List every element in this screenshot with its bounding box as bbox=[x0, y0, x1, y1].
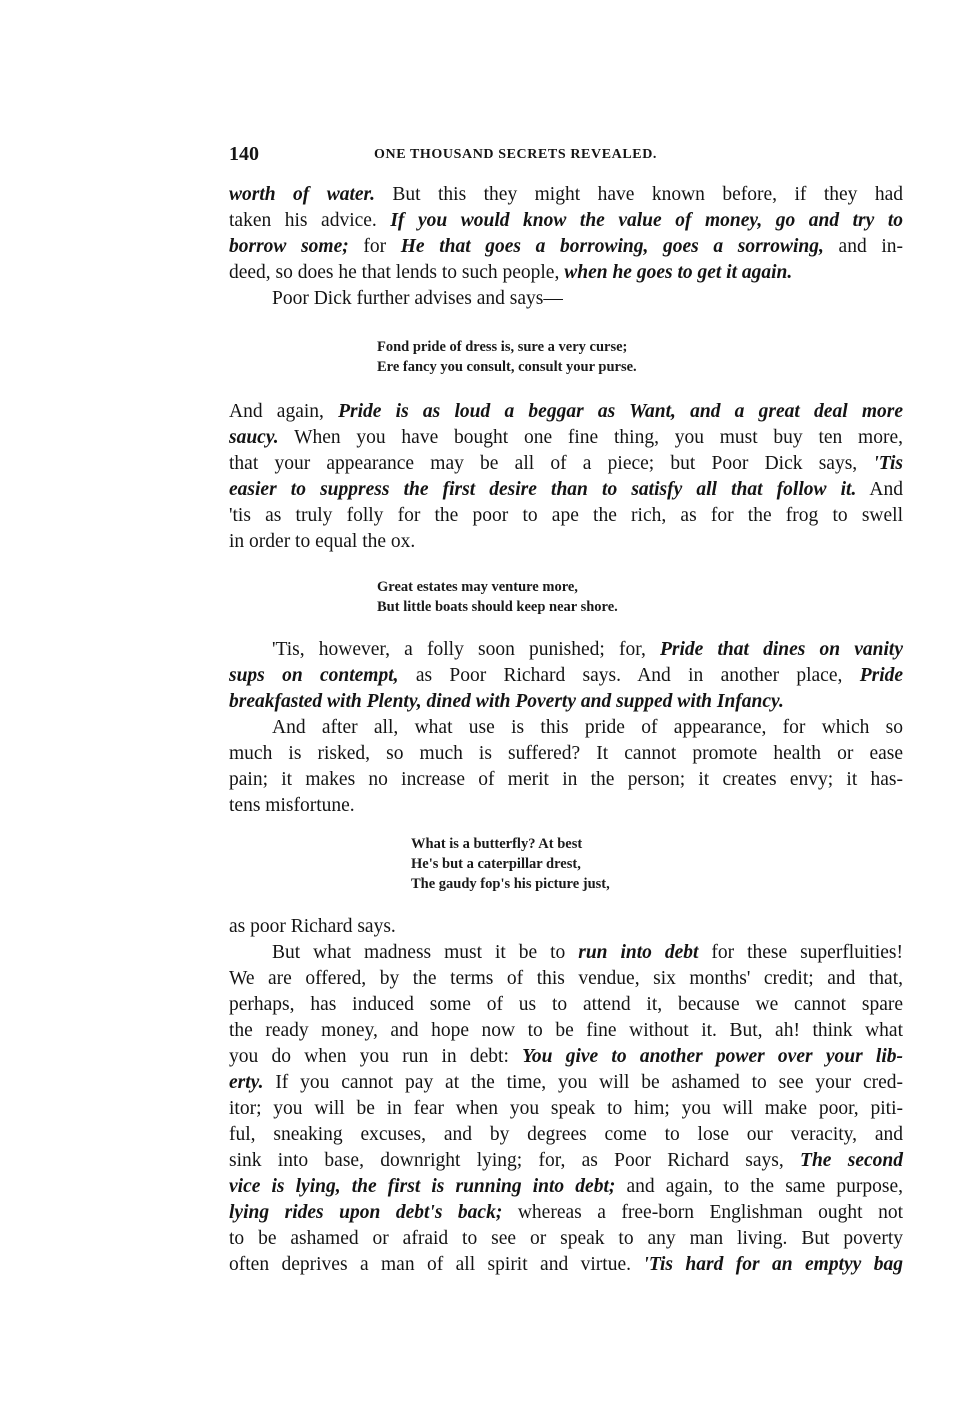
italic-run: sups on contempt, bbox=[229, 665, 399, 686]
italic-run: 'Tis bbox=[873, 453, 903, 474]
text-line: you do when you run in debt: You give to… bbox=[229, 1044, 903, 1070]
text-line: perhaps, has induced some of us to atten… bbox=[229, 992, 903, 1018]
italic-run: You give to another power over your lib- bbox=[522, 1046, 903, 1067]
roman-run: sink into base, downright lying; for, as… bbox=[229, 1150, 800, 1171]
text-line: But what madness must it be to run into … bbox=[272, 940, 903, 966]
text-line: sink into base, downright lying; for, as… bbox=[229, 1148, 903, 1174]
text-line: to be ashamed or afraid to see or speak … bbox=[229, 1226, 903, 1252]
roman-run: 'Tis, however, a folly soon punished; fo… bbox=[272, 639, 660, 660]
roman-run: whereas a free-born Englishman ought not bbox=[502, 1202, 903, 1223]
roman-run: itor; you will be in fear when you speak… bbox=[229, 1098, 903, 1119]
text-line: much is risked, so much is suffered? It … bbox=[229, 741, 903, 767]
roman-run: for bbox=[349, 236, 401, 257]
text-line: deed, so does he that lends to such peop… bbox=[229, 260, 903, 286]
text-line: ful, sneaking excuses, and by degrees co… bbox=[229, 1122, 903, 1148]
italic-run: worth of water. bbox=[229, 184, 375, 205]
text-line: worth of water. But this they might have… bbox=[229, 182, 903, 208]
roman-run: And after all, what use is this pride of… bbox=[272, 717, 903, 738]
text-line: Poor Dick further advises and says— bbox=[272, 286, 903, 312]
roman-run: and again, to the same purpose, bbox=[615, 1176, 903, 1197]
text-line: 'Tis, however, a folly soon punished; fo… bbox=[272, 637, 903, 663]
roman-run: the ready money, and hope now to be fine… bbox=[229, 1020, 903, 1041]
italic-run: He that goes a borrowing, goes a sorrowi… bbox=[401, 236, 824, 257]
page-header: 140 ONE THOUSAND SECRETS REVEALED. bbox=[229, 143, 903, 169]
verse-block: What is a butterfly? At best He's but a … bbox=[411, 834, 610, 894]
roman-run: We are offered, by the terms of this ven… bbox=[229, 968, 903, 989]
italic-run: borrow some; bbox=[229, 236, 349, 257]
italic-run: The second bbox=[800, 1150, 903, 1171]
roman-run: But what madness must it be to bbox=[272, 942, 578, 963]
text-line: often deprives a man of all spirit and v… bbox=[229, 1252, 903, 1278]
verse-line: He's but a caterpillar drest, bbox=[411, 854, 610, 874]
text-line: in order to equal the ox. bbox=[229, 529, 903, 555]
italic-run: vice is lying, the first is running into… bbox=[229, 1176, 615, 1197]
text-line: pain; it makes no increase of merit in t… bbox=[229, 767, 903, 793]
text-line: We are offered, by the terms of this ven… bbox=[229, 966, 903, 992]
text-line: lying rides upon debt's back; whereas a … bbox=[229, 1200, 903, 1226]
italic-run: If you would know the value of money, go… bbox=[390, 210, 903, 231]
roman-run: When you have bought one fine thing, you… bbox=[279, 427, 903, 448]
book-page: 140 ONE THOUSAND SECRETS REVEALED. worth… bbox=[0, 0, 980, 1426]
italic-run: when he goes to get it again. bbox=[564, 262, 792, 283]
text-line: tens misfortune. bbox=[229, 793, 903, 819]
roman-run: perhaps, has induced some of us to atten… bbox=[229, 994, 903, 1015]
text-line: the ready money, and hope now to be fine… bbox=[229, 1018, 903, 1044]
text-line: itor; you will be in fear when you speak… bbox=[229, 1096, 903, 1122]
roman-run: Poor Dick further advises and says— bbox=[272, 288, 563, 309]
italic-run: run into debt bbox=[578, 942, 698, 963]
italic-run: easier to suppress the first desire than… bbox=[229, 479, 856, 500]
text-line: that your appearance may be all of a pie… bbox=[229, 451, 903, 477]
text-line: breakfasted with Plenty, dined with Pove… bbox=[229, 689, 903, 715]
text-line: And again, Pride is as loud a beggar as … bbox=[229, 399, 903, 425]
italic-run: Pride that dines on vanity bbox=[660, 639, 903, 660]
roman-run: taken his advice. bbox=[229, 210, 390, 231]
roman-run: in order to equal the ox. bbox=[229, 531, 415, 552]
text-line: And after all, what use is this pride of… bbox=[272, 715, 903, 741]
roman-run: deed, so does he that lends to such peop… bbox=[229, 262, 564, 283]
roman-run: tens misfortune. bbox=[229, 795, 355, 816]
text-line: taken his advice. If you would know the … bbox=[229, 208, 903, 234]
roman-run: And again, bbox=[229, 401, 338, 422]
roman-run: often deprives a man of all spirit and v… bbox=[229, 1254, 643, 1275]
roman-run: that your appearance may be all of a pie… bbox=[229, 453, 873, 474]
italic-run: 'Tis hard for an emptyy bag bbox=[643, 1254, 903, 1275]
roman-run: But this they might have known before, i… bbox=[375, 184, 903, 205]
italic-run: saucy. bbox=[229, 427, 279, 448]
italic-run: lying rides upon debt's back; bbox=[229, 1202, 502, 1223]
text-line: borrow some; for He that goes a borrowin… bbox=[229, 234, 903, 260]
verse-line: What is a butterfly? At best bbox=[411, 834, 610, 854]
page-number: 140 bbox=[229, 143, 259, 166]
text-line: 'tis as truly folly for the poor to ape … bbox=[229, 503, 903, 529]
verse-line: Ere fancy you consult, consult your purs… bbox=[377, 357, 637, 377]
roman-run: pain; it makes no increase of merit in t… bbox=[229, 769, 903, 790]
verse-block: Great estates may venture more, But litt… bbox=[377, 577, 618, 617]
text-line: easier to suppress the first desire than… bbox=[229, 477, 903, 503]
roman-run: If you cannot pay at the time, you will … bbox=[263, 1072, 903, 1093]
italic-run: breakfasted with Plenty, dined with Pove… bbox=[229, 691, 784, 712]
verse-block: Fond pride of dress is, sure a very curs… bbox=[377, 337, 637, 377]
italic-run: erty. bbox=[229, 1072, 263, 1093]
roman-run: much is risked, so much is suffered? It … bbox=[229, 743, 903, 764]
verse-line: The gaudy fop's his picture just, bbox=[411, 874, 610, 894]
roman-run: as poor Richard says. bbox=[229, 916, 396, 937]
running-title: ONE THOUSAND SECRETS REVEALED. bbox=[374, 147, 657, 163]
verse-line: Fond pride of dress is, sure a very curs… bbox=[377, 337, 637, 357]
text-line: sups on contempt, as Poor Richard says. … bbox=[229, 663, 903, 689]
roman-run: 'tis as truly folly for the poor to ape … bbox=[229, 505, 903, 526]
italic-run: Pride bbox=[860, 665, 903, 686]
italic-run: Pride is as loud a beggar as Want, and a… bbox=[338, 401, 903, 422]
verse-line: But little boats should keep near shore. bbox=[377, 597, 618, 617]
roman-run: ful, sneaking excuses, and by degrees co… bbox=[229, 1124, 903, 1145]
verse-line: Great estates may venture more, bbox=[377, 577, 618, 597]
text-line: erty. If you cannot pay at the time, you… bbox=[229, 1070, 903, 1096]
text-line: as poor Richard says. bbox=[229, 914, 903, 940]
text-line: saucy. When you have bought one fine thi… bbox=[229, 425, 903, 451]
roman-run: And bbox=[856, 479, 903, 500]
roman-run: and in- bbox=[824, 236, 903, 257]
roman-run: you do when you run in debt: bbox=[229, 1046, 522, 1067]
roman-run: for these superfluities! bbox=[698, 942, 903, 963]
text-line: vice is lying, the first is running into… bbox=[229, 1174, 903, 1200]
roman-run: to be ashamed or afraid to see or speak … bbox=[229, 1228, 903, 1249]
roman-run: as Poor Richard says. And in another pla… bbox=[399, 665, 860, 686]
